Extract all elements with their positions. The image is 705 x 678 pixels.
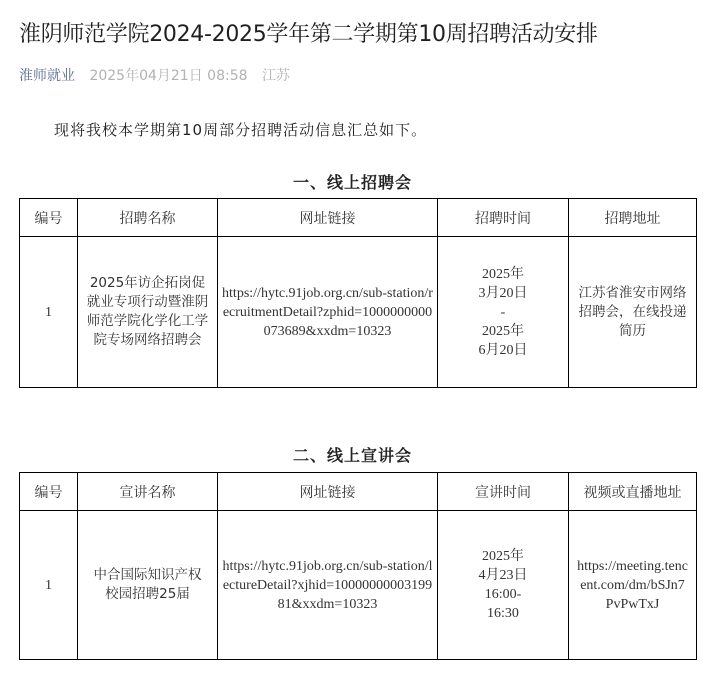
table-row: 1 2025年访企拓岗促就业专项行动暨淮阴师范学院化学化工学院专场网络招聘会 h… [20,237,697,388]
section-title-online-job-fair: 一、线上招聘会 [0,172,705,194]
time-line: 16:30 [444,604,562,623]
header-name: 招聘名称 [78,199,218,237]
header-video: 视频或直播地址 [569,473,697,511]
header-address: 招聘地址 [569,199,697,237]
article-title: 淮阴师范学院2024-2025学年第二学期第10周招聘活动安排 [19,20,598,50]
section-title-online-presentation: 二、线上宣讲会 [0,445,705,467]
author-link[interactable]: 淮师就业 [19,68,75,84]
time-line: 6月20日 [444,341,562,360]
article-meta: 淮师就业 2025年04月21日 08:58 江苏 [19,66,290,86]
header-url: 网址链接 [218,473,438,511]
presentation-name: 中合国际知识产权校园招聘25届 [78,511,218,660]
presentation-time: 2025年 4月23日 16:00- 16:30 [438,511,569,660]
time-line: 2025年 [444,265,562,284]
time-line: 2025年 [444,547,562,566]
time-line: - [444,303,562,322]
time-line: 16:00- [444,585,562,604]
video-url[interactable]: https://meeting.tencent.com/dm/bSJn7PvPw… [569,511,697,660]
row-number: 1 [20,511,78,660]
presentation-table: 编号 宣讲名称 网址链接 宣讲时间 视频或直播地址 1 中合国际知识产权校园招聘… [19,472,697,660]
header-name: 宣讲名称 [78,473,218,511]
job-fair-name: 2025年访企拓岗促就业专项行动暨淮阴师范学院化学化工学院专场网络招聘会 [78,237,218,388]
header-time: 宣讲时间 [438,473,569,511]
publish-time: 2025年04月21日 08:58 [89,68,247,84]
job-fair-table: 编号 招聘名称 网址链接 招聘时间 招聘地址 1 2025年访企拓岗促就业专项行… [19,198,697,388]
row-number: 1 [20,237,78,388]
intro-paragraph: 现将我校本学期第10周部分招聘活动信息汇总如下。 [54,119,427,141]
time-line: 2025年 [444,322,562,341]
table-header-row: 编号 招聘名称 网址链接 招聘时间 招聘地址 [20,199,697,237]
job-fair-time: 2025年 3月20日 - 2025年 6月20日 [438,237,569,388]
job-fair-address: 江苏省淮安市网络招聘会，在线投递简历 [569,237,697,388]
presentation-url[interactable]: https://hytc.91job.org.cn/sub-station/le… [218,511,438,660]
time-line: 3月20日 [444,284,562,303]
publish-location: 江苏 [262,68,290,84]
time-line: 4月23日 [444,566,562,585]
header-time: 招聘时间 [438,199,569,237]
header-number: 编号 [20,199,78,237]
header-url: 网址链接 [218,199,438,237]
header-number: 编号 [20,473,78,511]
table-header-row: 编号 宣讲名称 网址链接 宣讲时间 视频或直播地址 [20,473,697,511]
table-row: 1 中合国际知识产权校园招聘25届 https://hytc.91job.org… [20,511,697,660]
job-fair-url[interactable]: https://hytc.91job.org.cn/sub-station/re… [218,237,438,388]
